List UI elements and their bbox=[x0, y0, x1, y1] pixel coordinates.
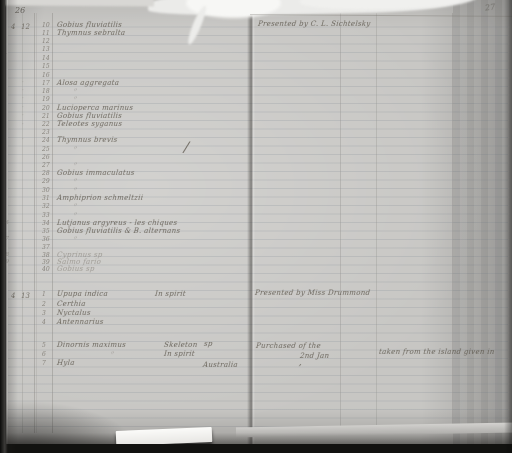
specimen-number: 26 bbox=[42, 154, 50, 161]
specimen-number: 7 bbox=[42, 360, 46, 367]
specimen-number: 14 bbox=[42, 55, 50, 62]
specimen-number: 28 bbox=[42, 170, 50, 177]
specimen-number: 16 bbox=[42, 72, 50, 79]
specimen-name: Gobius fluviatilis & B. alternans bbox=[57, 227, 181, 235]
specimen-number: 29 bbox=[42, 178, 50, 185]
specimen-name: Alosa aggregata bbox=[57, 79, 120, 87]
specimen-name: Gobius fluviatilis bbox=[57, 112, 123, 120]
ditto-mark: 〃 bbox=[73, 87, 78, 94]
column-rule bbox=[22, 13, 23, 433]
specimen-number: 35 bbox=[42, 228, 50, 235]
specimen-number: 5 bbox=[42, 342, 46, 349]
ditto-mark: 〃 bbox=[73, 186, 78, 193]
book-left-edge bbox=[0, 0, 8, 453]
specimen-name: Gobius sp bbox=[57, 265, 95, 273]
specimen-name: Certhia bbox=[57, 300, 87, 308]
specimen-number: 31 bbox=[42, 195, 50, 202]
acquisition-note: Presented by C. L. Sichtelsky bbox=[258, 20, 371, 28]
ditto-mark: 〃 bbox=[73, 161, 78, 168]
column-rule bbox=[52, 13, 53, 433]
locality-remark: taken from the island given in bbox=[379, 348, 495, 356]
specimen-number: 39 bbox=[42, 259, 50, 266]
specimen-name: Upupa indica bbox=[57, 290, 109, 298]
glare-highlight bbox=[4, 0, 154, 7]
ditto-mark: 〃 bbox=[73, 211, 78, 218]
margin-mark: · bbox=[22, 113, 24, 119]
specimen-number: 2 bbox=[42, 301, 46, 308]
specimen-number: 30 bbox=[42, 187, 50, 194]
specimen-number: 36 bbox=[42, 236, 50, 243]
preparation-note: Skeleton bbox=[164, 341, 198, 349]
purchase-note-line2: 2nd Jan bbox=[300, 352, 330, 360]
preparation-note: In spirit bbox=[164, 350, 196, 358]
specimen-name: Lutjanus argyreus - les chiques bbox=[57, 219, 178, 227]
ditto-mark: 〃 bbox=[110, 350, 115, 357]
specimen-name: Antennarius bbox=[57, 318, 105, 326]
margin-mark: · bbox=[22, 88, 24, 94]
margin-mark: · bbox=[22, 122, 24, 128]
column-rule bbox=[340, 13, 341, 433]
specimen-number: 1 bbox=[42, 291, 46, 298]
margin-mark: · bbox=[22, 137, 24, 143]
specimen-number: 34 bbox=[42, 220, 50, 227]
specimen-name: Dinornis maximus bbox=[57, 341, 127, 349]
specimen-number: 33 bbox=[42, 212, 50, 219]
specimen-number: 27 bbox=[42, 162, 50, 169]
locality-note: Australia bbox=[203, 361, 239, 369]
specimen-name: Gobius fluviatilis bbox=[57, 21, 123, 29]
book-bottom-edge bbox=[0, 444, 512, 453]
specimen-number: 40 bbox=[42, 266, 50, 273]
specimen-number: 21 bbox=[42, 113, 50, 120]
entry-date-day: 13 bbox=[21, 292, 30, 300]
specimen-number: 4 bbox=[42, 319, 46, 326]
gutter-crease bbox=[247, 0, 255, 447]
ditto-mark: 〃 bbox=[73, 95, 78, 102]
specimen-name: Lucioperca marinus bbox=[57, 104, 134, 112]
specimen-name: Nyctalus bbox=[57, 309, 92, 317]
specimen-number: 22 bbox=[42, 121, 50, 128]
specimen-number: 37 bbox=[42, 244, 50, 251]
page-number-right: 27 bbox=[485, 2, 496, 12]
specimen-number: 13 bbox=[42, 46, 50, 53]
specimen-number: 32 bbox=[42, 203, 50, 210]
specimen-number: 6 bbox=[42, 351, 46, 358]
specimen-number: 23 bbox=[42, 129, 50, 136]
specimen-number: 25 bbox=[42, 146, 50, 153]
specimen-name: Gobius immaculatus bbox=[57, 169, 136, 177]
specimen-name: Teleotes syganus bbox=[57, 120, 123, 128]
ditto-mark: 〃 bbox=[73, 177, 78, 184]
purchase-note-line1: Purchased of the bbox=[256, 342, 322, 350]
specimen-number: 38 bbox=[42, 252, 50, 259]
specimen-number: 17 bbox=[42, 80, 50, 87]
ditto-mark: 〃 bbox=[73, 145, 78, 152]
left-inner-shadow bbox=[8, 0, 18, 453]
ledger-photo: 26 27 Presented by C. L. Sichtelsky Pres… bbox=[0, 0, 512, 453]
preparation-note: In spirit bbox=[155, 290, 187, 298]
ditto-mark: 〃 bbox=[73, 202, 78, 209]
entry-date-day: 12 bbox=[21, 23, 30, 31]
right-edge-shadow bbox=[504, 0, 512, 453]
specimen-name: Hyla bbox=[57, 359, 76, 367]
specimen-name: Thymnus brevis bbox=[57, 136, 118, 144]
margin-mark: · bbox=[22, 96, 24, 102]
specimen-number: 19 bbox=[42, 96, 50, 103]
specimen-number: 3 bbox=[42, 310, 46, 317]
specimen-number: 11 bbox=[42, 30, 50, 37]
specimen-name: Thymnus sebralta bbox=[57, 29, 126, 37]
column-rule bbox=[36, 13, 37, 433]
specimen-number: 15 bbox=[42, 63, 50, 70]
specimen-number: 24 bbox=[42, 137, 50, 144]
specimen-number: 18 bbox=[42, 88, 50, 95]
specimen-name: Amphiprion schmeltzii bbox=[57, 194, 144, 202]
margin-mark: · bbox=[22, 105, 24, 111]
specimen-number: 20 bbox=[42, 105, 50, 112]
ditto-mark: 〃 bbox=[73, 235, 78, 242]
column-rule bbox=[34, 13, 35, 433]
margin-mark: · bbox=[22, 80, 24, 86]
ink-stroke-mark: sp bbox=[204, 340, 214, 348]
acquisition-note: Presented by Miss Drummond bbox=[255, 289, 371, 297]
column-rule bbox=[376, 13, 377, 433]
specimen-number: 10 bbox=[42, 22, 50, 29]
specimen-number: 12 bbox=[42, 38, 50, 45]
